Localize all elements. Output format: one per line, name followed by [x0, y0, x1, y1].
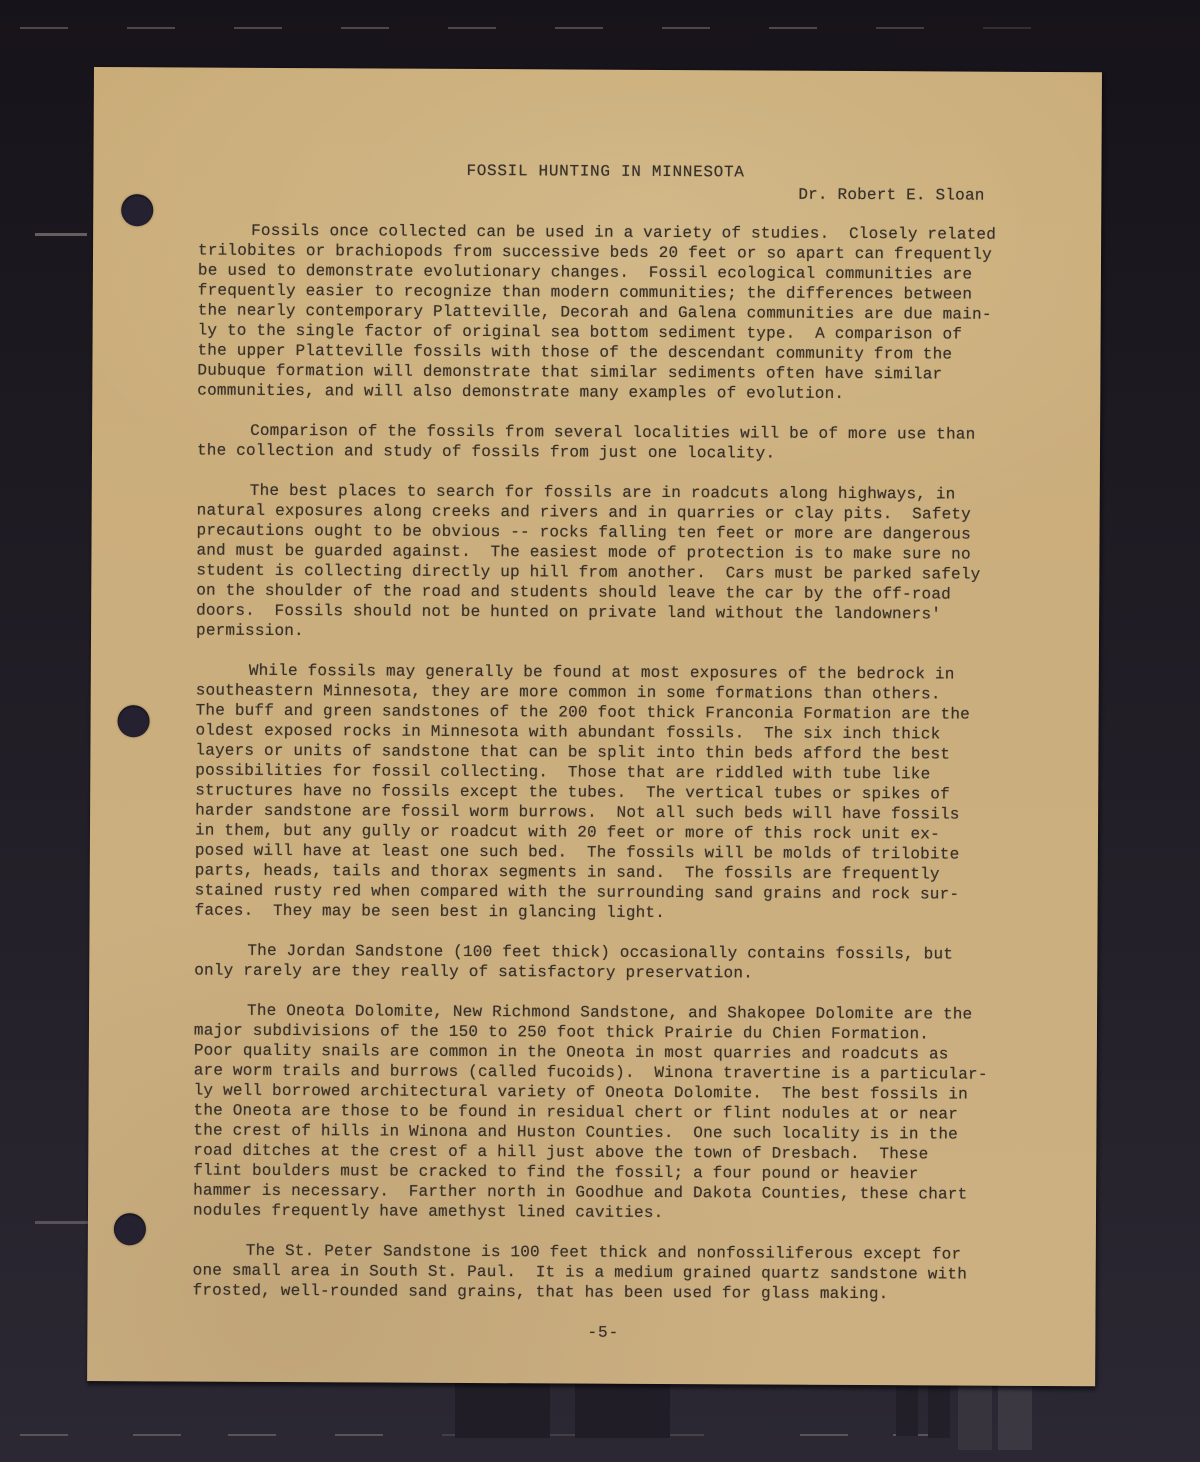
hole-punch [121, 194, 153, 226]
paragraph: The best places to search for fossils ar… [196, 481, 1019, 645]
hole-punch [117, 705, 149, 737]
paragraph: The Oneota Dolomite, New Richmond Sandst… [193, 1001, 1016, 1225]
scan-background: { "scan": { "background_color": "#211d26… [0, 0, 1200, 1462]
document-author: Dr. Robert E. Sloan [798, 185, 984, 206]
paragraph: Fossils once collected can be used in a … [197, 221, 1020, 405]
scanner-mark [998, 1382, 1032, 1450]
scanner-mark [928, 1386, 950, 1438]
document-title: FOSSIL HUNTING IN MINNESOTA [466, 161, 744, 182]
scanner-mark [35, 1221, 90, 1224]
paragraph: The Jordan Sandstone (100 feet thick) oc… [194, 941, 1016, 985]
paragraph: While fossils may generally be found at … [195, 661, 1018, 925]
paragraph: Comparison of the fossils from several l… [197, 421, 1019, 465]
scanner-mark [958, 1382, 992, 1450]
scanner-dash-row-top [0, 27, 1200, 30]
hole-punch [114, 1213, 146, 1245]
page-number: -5- [192, 1321, 1014, 1345]
scanner-mark [896, 1386, 918, 1436]
scanner-mark [35, 233, 87, 236]
document-body: Fossils once collected can be used in a … [192, 221, 1020, 1345]
document-page: FOSSIL HUNTING IN MINNESOTA Dr. Robert E… [87, 67, 1102, 1386]
paragraph: The St. Peter Sandstone is 100 feet thic… [193, 1241, 1015, 1305]
